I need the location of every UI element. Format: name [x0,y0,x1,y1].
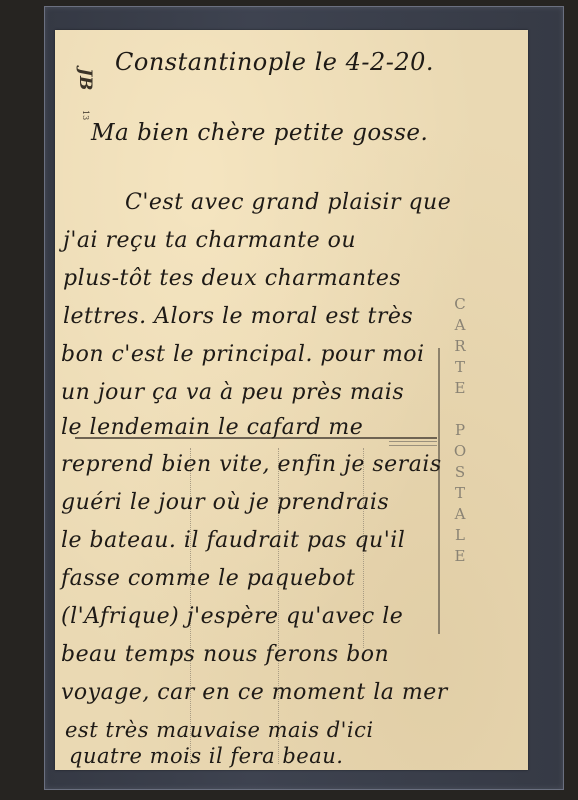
letter-line: C'est avec grand plaisir que [125,190,451,215]
letter-line: fasse comme le paquebot [61,566,355,591]
letter-line: j'ai reçu ta charmante ou [63,228,356,253]
letter-line: quatre mois il fera beau. [69,744,343,768]
letter-line: un jour ça va à peu près mais [61,380,404,405]
letter-line: voyage, car en ce moment la mer [61,680,448,705]
letter-line: plus-tôt tes deux charmantes [63,266,401,291]
letter-line: le bateau. il faudrait pas qu'il [61,528,405,553]
publisher-logo: JB [75,68,95,90]
letter-line: beau temps nous ferons bon [61,642,389,667]
publisher-number: 13 [81,110,90,120]
letter-line: (l'Afrique) j'espère qu'avec le [61,604,403,629]
letter-line: lettres. Alors le moral est très [63,304,413,329]
stamp-area-line [389,441,437,446]
address-divider-line [438,348,440,634]
letter-line: est très mauvaise mais d'ici [65,718,374,742]
letter-line: le lendemain le cafard me [61,415,363,440]
carte-postale-label: CARTE POSTALE [451,295,469,568]
letter-line: reprend bien vite, enfin je serais [61,452,442,477]
letter-line: guéri le jour où je prendrais [61,490,389,515]
postcard: JB 13 CARTE POSTALE Constantinople le 4-… [55,30,528,770]
letter-line: bon c'est le principal. pour moi [61,342,425,367]
place-date: Constantinople le 4-2-20. [115,48,434,76]
salutation: Ma bien chère petite gosse. [91,120,428,146]
